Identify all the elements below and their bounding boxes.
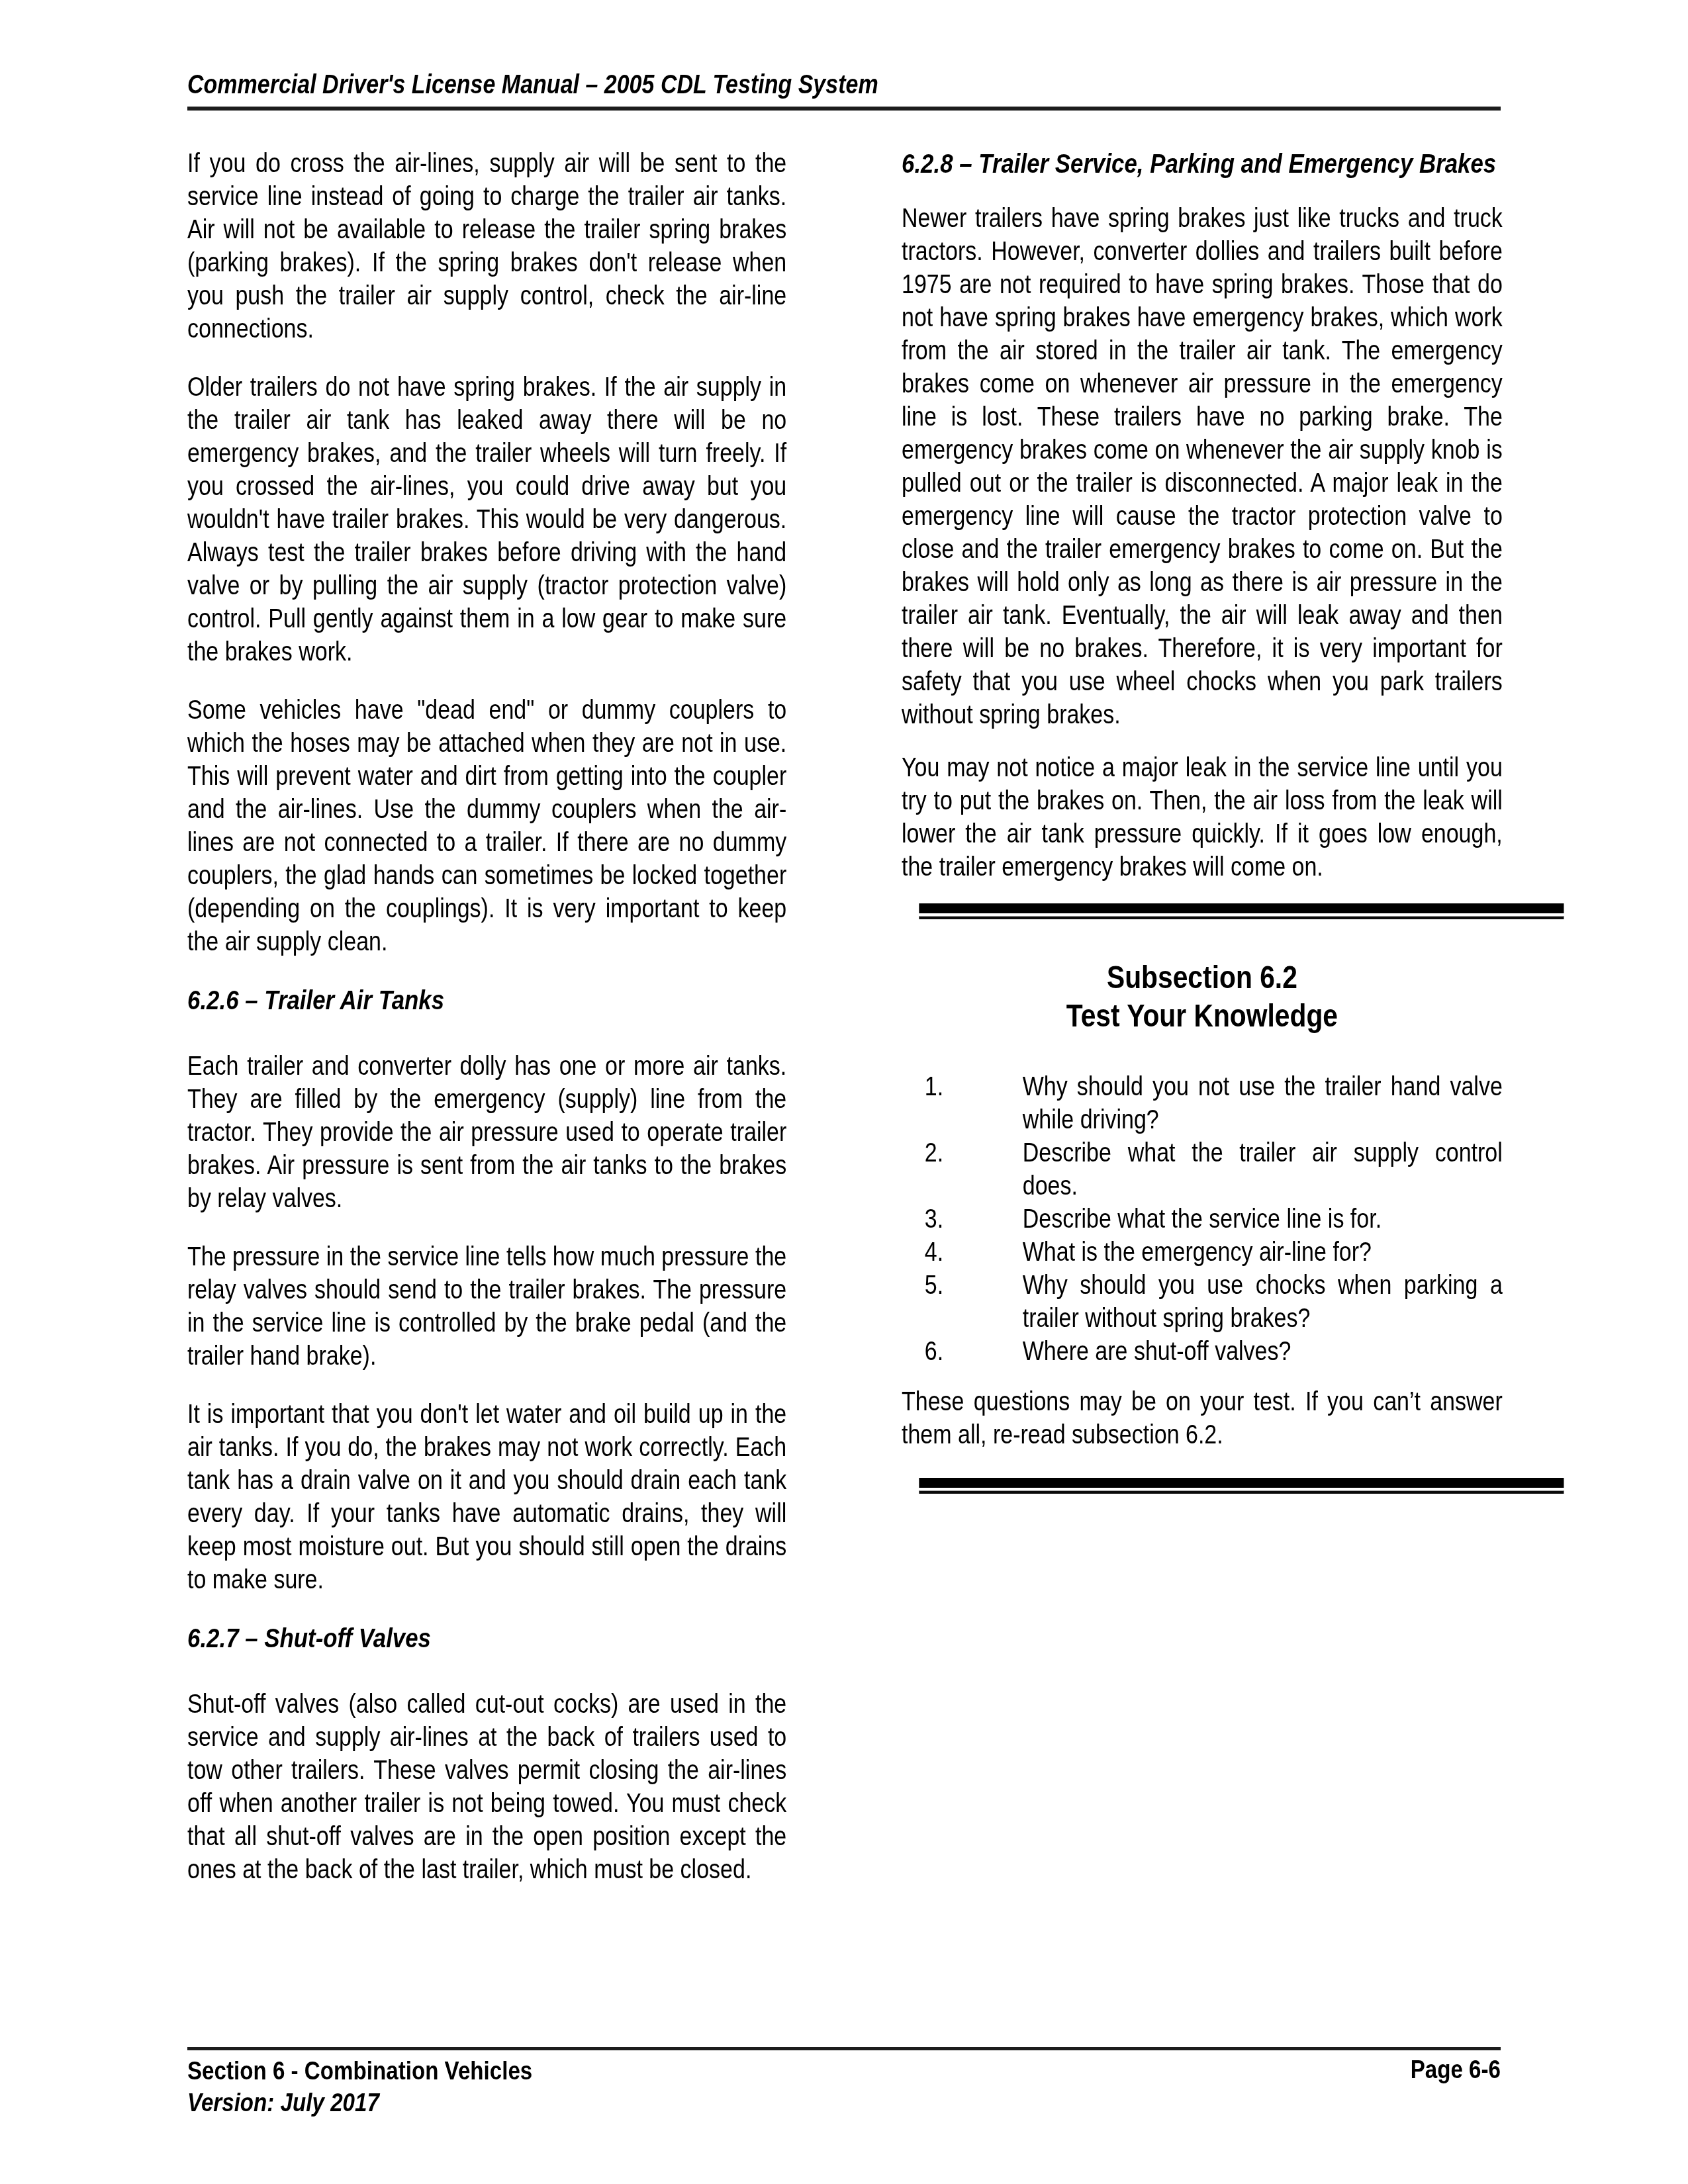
footer-section-label: Section 6 - Combination Vehicles: [187, 2056, 975, 2087]
question-number: 3.: [925, 1203, 943, 1236]
question-item: 6. Where are shut-off valves?: [902, 1335, 1503, 1368]
paragraph-spring-brakes: Newer trailers have spring brakes just l…: [902, 202, 1503, 731]
question-item: 1. Why should you not use the trailer ha…: [902, 1070, 1503, 1136]
question-text: Where are shut-off valves?: [1023, 1337, 1291, 1366]
divider-thin-bar: [919, 1490, 1564, 1494]
question-list: 1. Why should you not use the trailer ha…: [902, 1070, 1503, 1368]
divider-thin-bar: [919, 916, 1564, 919]
question-text: What is the emergency air-line for?: [1023, 1238, 1372, 1267]
test-title-subsection: Subsection 6.2: [902, 959, 1503, 997]
test-title-knowledge: Test Your Knowledge: [902, 997, 1503, 1036]
document-page: Commercial Driver's License Manual – 200…: [0, 0, 1688, 2184]
question-number: 5.: [925, 1269, 943, 1302]
paragraph-drain-valves: It is important that you don't let water…: [187, 1398, 786, 1596]
question-text: Describe what the service line is for.: [1023, 1205, 1382, 1234]
question-item: 3. Describe what the service line is for…: [902, 1203, 1503, 1236]
question-number: 6.: [925, 1335, 943, 1368]
paragraph-service-line-leak: You may not notice a major leak in the s…: [902, 751, 1503, 884]
paragraph-air-tanks: Each trailer and converter dolly has one…: [187, 1050, 786, 1215]
footer-page-number: Page 6-6: [1163, 2056, 1501, 2085]
right-column: 6.2.8 – Trailer Service, Parking and Eme…: [902, 147, 1503, 1494]
left-column: If you do cross the air-lines, supply ai…: [187, 147, 786, 1911]
section-heading-627: 6.2.7 – Shut-off Valves: [187, 1621, 786, 1655]
paragraph-service-line-pressure: The pressure in the service line tells h…: [187, 1240, 786, 1373]
footer-rule: [187, 2047, 1501, 2050]
question-text: Describe what the trailer air supply con…: [1023, 1138, 1503, 1201]
question-text: Why should you not use the trailer hand …: [1023, 1072, 1503, 1134]
divider-rule-top: [919, 903, 1564, 919]
section-heading-626: 6.2.6 – Trailer Air Tanks: [187, 983, 786, 1017]
divider-thick-bar: [919, 903, 1564, 913]
test-your-knowledge-title: Subsection 6.2 Test Your Knowledge: [902, 959, 1503, 1036]
question-number: 4.: [925, 1236, 943, 1269]
paragraph-crossed-airlines: If you do cross the air-lines, supply ai…: [187, 147, 786, 345]
question-number: 2.: [925, 1136, 943, 1169]
footer-section-block: Section 6 - Combination Vehicles Version…: [187, 2056, 975, 2119]
header-rule: [187, 107, 1501, 111]
question-text: Why should you use chocks when parking a…: [1023, 1271, 1503, 1333]
paragraph-dummy-couplers: Some vehicles have "dead end" or dummy c…: [187, 694, 786, 958]
question-number: 1.: [925, 1070, 943, 1103]
divider-thick-bar: [919, 1478, 1564, 1488]
paragraph-older-trailers: Older trailers do not have spring brakes…: [187, 371, 786, 668]
paragraph-shutoff-valves: Shut-off valves (also called cut-out coc…: [187, 1688, 786, 1886]
running-header-title: Commercial Driver's License Manual – 200…: [187, 70, 878, 99]
divider-rule-bottom: [919, 1478, 1564, 1494]
question-item: 4. What is the emergency air-line for?: [902, 1236, 1503, 1269]
footer-version-label: Version: July 2017: [187, 2087, 975, 2119]
running-header: Commercial Driver's License Manual – 200…: [187, 70, 1577, 100]
section-heading-628: 6.2.8 – Trailer Service, Parking and Eme…: [902, 147, 1503, 180]
question-item: 5. Why should you use chocks when parkin…: [902, 1269, 1503, 1335]
question-item: 2. Describe what the trailer air supply …: [902, 1136, 1503, 1203]
paragraph-test-closing: These questions may be on your test. If …: [902, 1385, 1503, 1451]
